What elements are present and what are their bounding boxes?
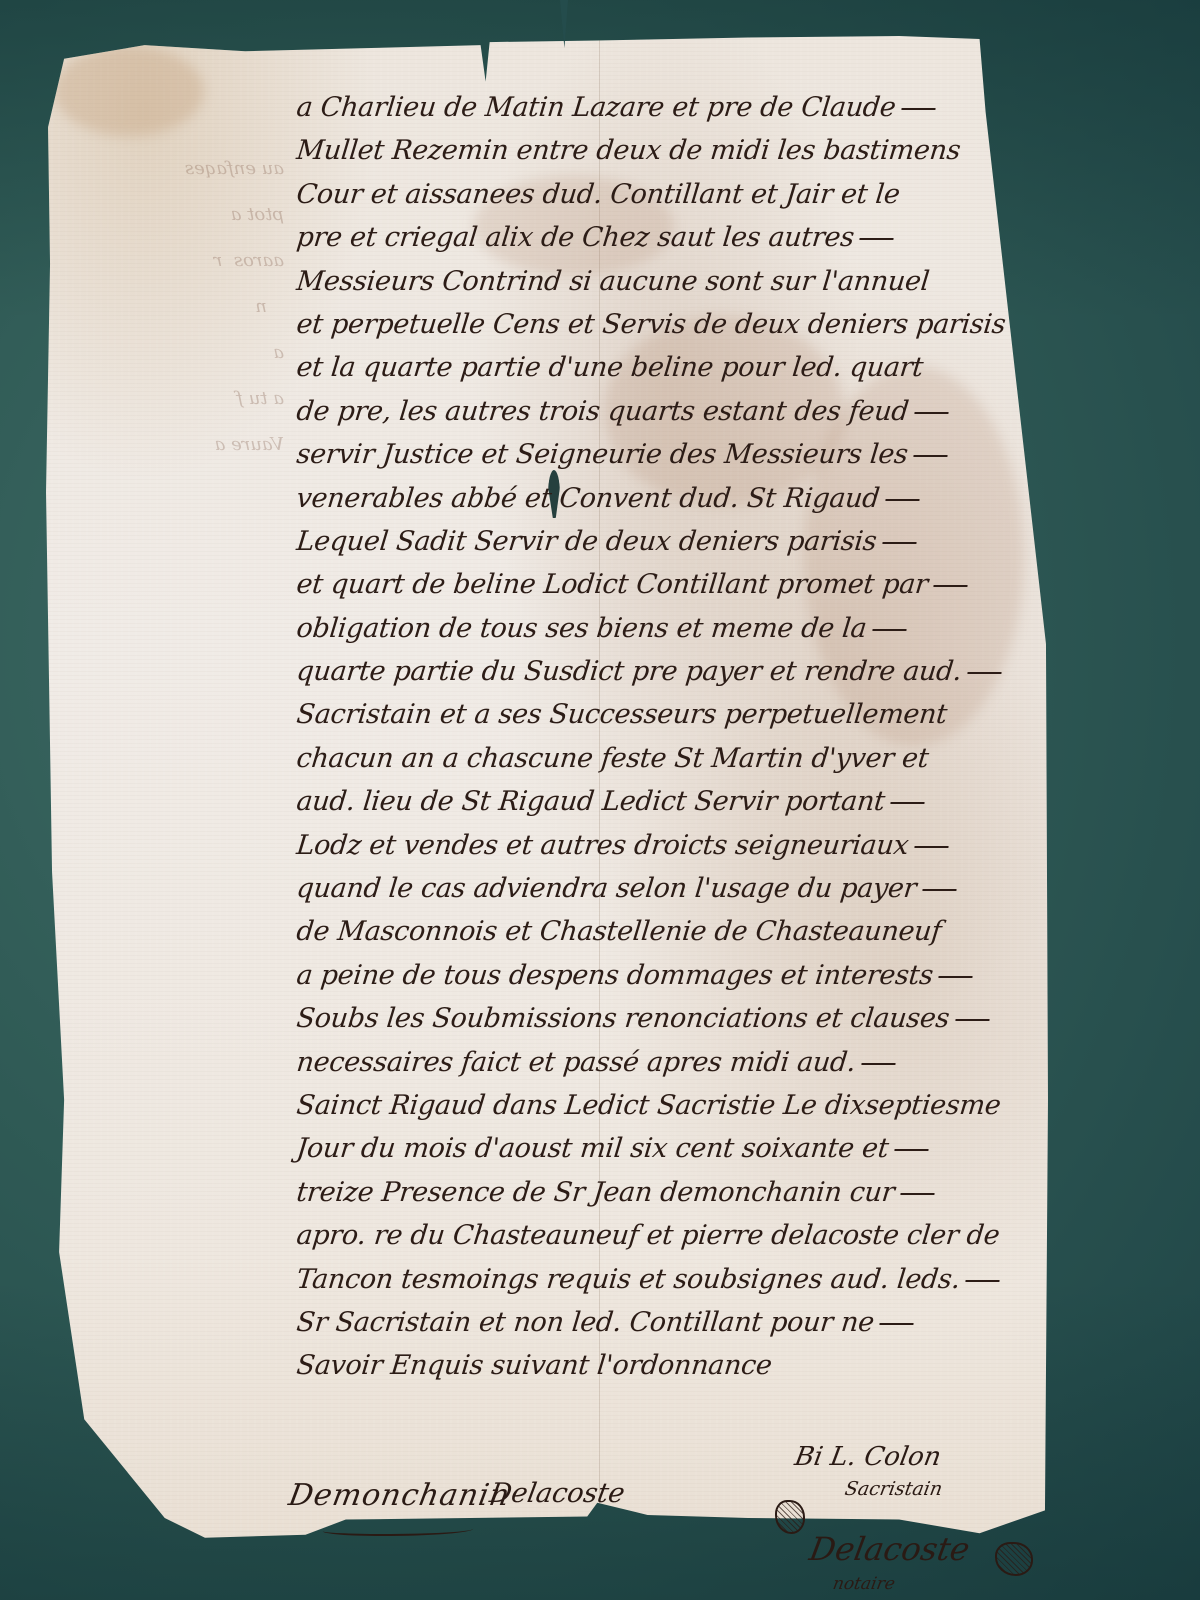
- manuscript-line: Soubs les Soubmissions renonciations et …: [294, 1003, 1069, 1046]
- manuscript-line: de pre, les autres trois quarts estant d…: [294, 396, 1069, 439]
- manuscript-line: quand le cas adviendra selon l'usage du …: [294, 873, 1069, 916]
- signature-demonchanin: Demonchanin: [286, 1478, 513, 1513]
- manuscript-line: Lequel Sadit Servir de deux deniers pari…: [294, 526, 1069, 569]
- manuscript-line: aud. lieu de St Rigaud Ledict Servir por…: [294, 786, 1069, 829]
- signature-block: Demonchanin Delacoste Bi L. Colon Sacris…: [285, 1470, 1065, 1590]
- manuscript-line: venerables abbé et Convent dud. St Rigau…: [294, 483, 1069, 526]
- manuscript-line: obligation de tous ses biens et meme de …: [294, 613, 1069, 656]
- tear-notch: [560, 0, 568, 48]
- signature-title-sacristain: Sacristain: [843, 1478, 944, 1500]
- manuscript-line: necessaires faict et passé apres midi au…: [294, 1047, 1069, 1090]
- manuscript-line: apro. re du Chasteauneuf et pierre delac…: [294, 1220, 1069, 1263]
- manuscript-line: de Masconnois et Chastellenie de Chastea…: [294, 916, 1069, 959]
- manuscript-line: pre et criegal alix de Chez saut les aut…: [294, 222, 1069, 265]
- manuscript-line: chacun an a chascune feste St Martin d'y…: [294, 743, 1069, 786]
- manuscript-line: Savoir Enquis suivant l'ordonnance: [294, 1350, 1069, 1393]
- manuscript-line: Mullet Rezemin entre deux de midi les ba…: [294, 135, 1069, 178]
- signature-delacoste-witness: Delacoste: [487, 1478, 627, 1509]
- manuscript-line: a Charlieu de Matin Lazare et pre de Cla…: [294, 92, 1069, 135]
- manuscript-line: Sainct Rigaud dans Ledict Sacristie Le d…: [294, 1090, 1069, 1133]
- signature-title-notaire: notaire: [831, 1574, 896, 1594]
- manuscript-line: Lodz et vendes et autres droicts seigneu…: [294, 830, 1069, 873]
- manuscript-body: a Charlieu de Matin Lazare et pre de Cla…: [296, 92, 1066, 1394]
- paraph-flourish-icon: [995, 1542, 1033, 1576]
- signature-delacoste-notary: Delacoste: [807, 1530, 973, 1568]
- manuscript-line: Sr Sacristain et non led. Contillant pou…: [294, 1307, 1069, 1350]
- manuscript-line: a peine de tous despens dommages et inte…: [294, 960, 1069, 1003]
- manuscript-line: Jour du mois d'aoust mil six cent soixan…: [294, 1133, 1069, 1176]
- paraph-flourish-icon: [775, 1500, 805, 1534]
- manuscript-line: et quart de beline Lodict Contillant pro…: [294, 569, 1069, 612]
- manuscript-line: Cour et aissanees dud. Contillant et Jai…: [294, 179, 1069, 222]
- manuscript-line: Tancon tesmoings requis et soubsignes au…: [294, 1264, 1069, 1307]
- manuscript-line: Sacristain et a ses Successeurs perpetue…: [294, 699, 1069, 742]
- signature-colon: Bi L. Colon: [792, 1442, 943, 1472]
- manuscript-line: quarte partie du Susdict pre payer et re…: [294, 656, 1069, 699]
- manuscript-line: Messieurs Contrind si aucune sont sur l'…: [294, 266, 1069, 309]
- corner-stain: [54, 46, 204, 136]
- manuscript-line: et la quarte partie d'une beline pour le…: [294, 352, 1069, 395]
- manuscript-line: servir Justice et Seigneurie des Messieu…: [294, 439, 1069, 482]
- manuscript-line: treize Presence de Sr Jean demonchanin c…: [294, 1177, 1069, 1220]
- manuscript-line: et perpetuelle Cens et Servis de deux de…: [294, 309, 1069, 352]
